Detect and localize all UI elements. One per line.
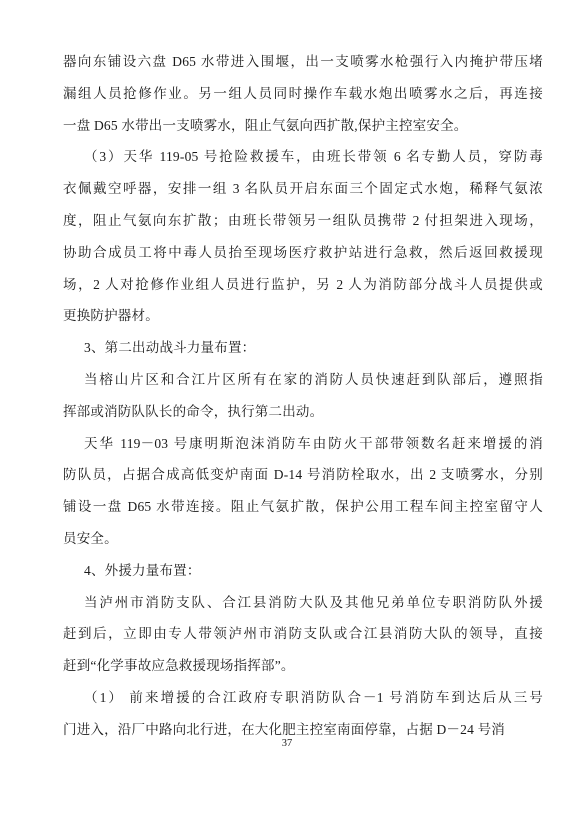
- text-line: 衣佩戴空呼器，安排一组 3 名队员开启东面三个固定式水炮，稀释气氨浓: [63, 173, 543, 205]
- section-heading: 3、第二出动战斗力量布置：: [63, 332, 543, 364]
- text-line: 场，2 人对抢修作业组人员进行监护，另 2 人为消防部分战斗人员提供或: [63, 269, 543, 301]
- text-line: 漏组人员抢修作业。另一组人员同时操作车载水炮出喷雾水之后，再连接: [63, 78, 543, 110]
- text-line: （3）天华 119-05 号抢险救援车，由班长带领 6 名专勤人员，穿防毒: [63, 141, 543, 173]
- section-heading: 4、外援力量布置：: [63, 555, 543, 587]
- text-line: 赶到后，立即由专人带领泸州市消防支队或合江县消防大队的领导，直接: [63, 618, 543, 650]
- text-line: 防队员，占据合成高低变炉南面 D-14 号消防栓取水，出 2 支喷雾水，分别: [63, 459, 543, 491]
- text-line: （1） 前来增援的合江政府专职消防队合－1 号消防车到达后从三号: [63, 682, 543, 714]
- page-number: 37: [0, 737, 574, 751]
- text-line: 天华 119－03 号康明斯泡沫消防车由防火干部带领数名赶来增援的消: [63, 428, 543, 460]
- text-line: 铺设一盘 D65 水带连接。阻止气氨扩散，保护公用工程车间主控室留守人: [63, 491, 543, 523]
- text-line: 当榕山片区和合江片区所有在家的消防人员快速赶到队部后，遵照指: [63, 364, 543, 396]
- text-line: 更换防护器材。: [63, 300, 543, 332]
- text-line: 挥部或消防队队长的命令，执行第二出动。: [63, 396, 543, 428]
- text-line: 度，阻止气氨向东扩散；由班长带领另一组队员携带 2 付担架进入现场，: [63, 205, 543, 237]
- document-body: 器向东铺设六盘 D65 水带进入围堰，出一支喷雾水枪强行入内掩护带压堵 漏组人员…: [63, 46, 543, 746]
- text-line: 员安全。: [63, 523, 543, 555]
- text-line: 协助合成员工将中毒人员抬至现场医疗救护站进行急救，然后返回救援现: [63, 237, 543, 269]
- text-line: 一盘 D65 水带出一支喷雾水，阻止气氨向西扩散,保护主控室安全。: [63, 110, 543, 142]
- text-line: 器向东铺设六盘 D65 水带进入围堰，出一支喷雾水枪强行入内掩护带压堵: [63, 46, 543, 78]
- document-page: 器向东铺设六盘 D65 水带进入围堰，出一支喷雾水枪强行入内掩护带压堵 漏组人员…: [0, 0, 574, 813]
- text-line: 当泸州市消防支队、合江县消防大队及其他兄弟单位专职消防队外援: [63, 587, 543, 619]
- text-line: 赶到“化学事故应急救援现场指挥部”。: [63, 650, 543, 682]
